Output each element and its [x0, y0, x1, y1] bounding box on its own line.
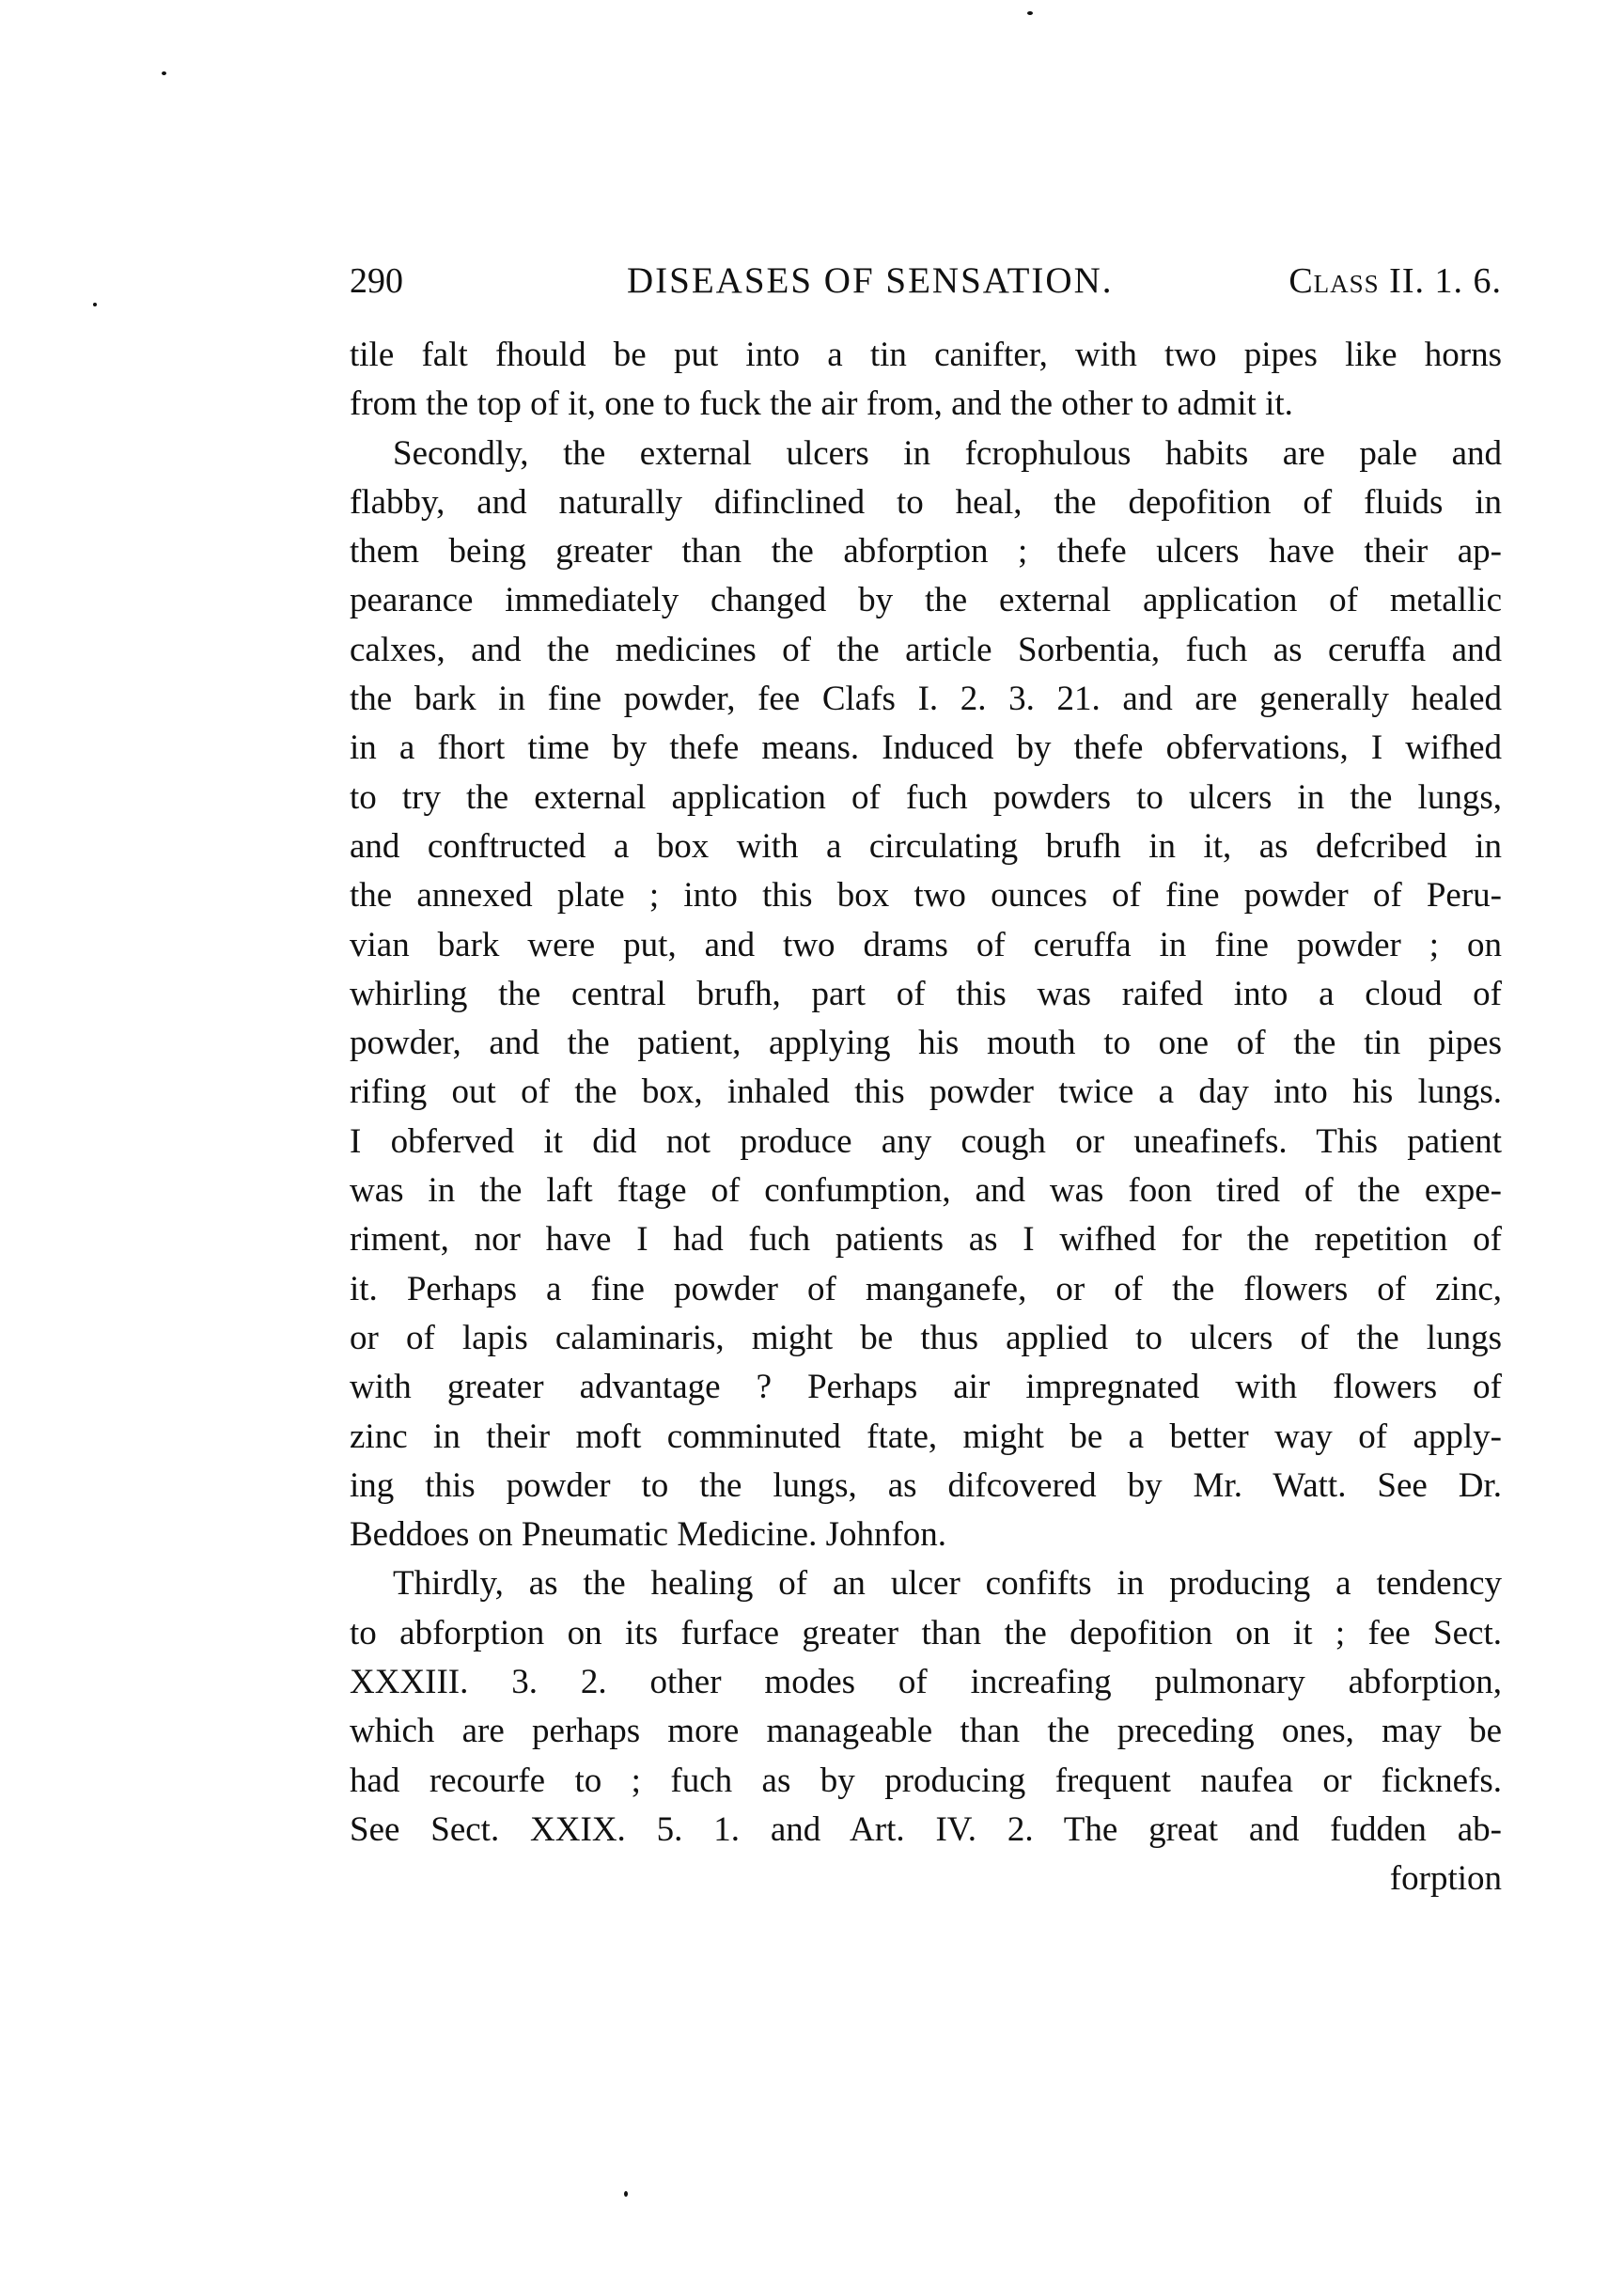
text-line: I obferved it did not produce any cough … [350, 1118, 1502, 1166]
text-line: Beddoes on Pneumatic Medicine. Johnfon. [350, 1511, 1502, 1559]
scan-speck [93, 303, 97, 306]
text-line: whirling the central brufh, part of this… [350, 970, 1502, 1019]
running-title: DISEASES OF SENSATION. [627, 258, 1113, 305]
text-line: calxes, and the medicines of the article… [350, 626, 1502, 675]
scan-speck [624, 2191, 628, 2197]
section-reference: Class II. 1. 6. [1288, 258, 1502, 305]
text-line: rifing out of the box, inhaled this powd… [350, 1068, 1502, 1117]
page-number: 290 [350, 258, 403, 305]
text-line: them being greater than the abforption ;… [350, 527, 1502, 576]
text-line: in a fhort time by thefe means. Induced … [350, 724, 1502, 773]
text-line: which are perhaps more manageable than t… [350, 1707, 1502, 1756]
text-line: XXXIII. 3. 2. other modes of increafing … [350, 1658, 1502, 1707]
body-text: tile falt fhould be put into a tin canif… [350, 331, 1502, 1904]
text-line: the annexed plate ; into this box two ou… [350, 871, 1502, 920]
text-line: had recourfe to ; fuch as by producing f… [350, 1757, 1502, 1806]
scan-speck [1027, 11, 1033, 15]
text-line: vian bark were put, and two drams of cer… [350, 921, 1502, 970]
text-line: riment, nor have I had fuch patients as … [350, 1215, 1502, 1264]
text-line: powder, and the patient, applying his mo… [350, 1019, 1502, 1068]
text-line: and conftructed a box with a circulating… [350, 822, 1502, 871]
text-line: zinc in their moft comminuted ftate, mig… [350, 1413, 1502, 1462]
text-line: was in the laft ftage of confumption, an… [350, 1166, 1502, 1215]
scanned-book-page: 290 DISEASES OF SENSATION. Class II. 1. … [0, 0, 1624, 2286]
text-line: tile falt fhould be put into a tin canif… [350, 331, 1502, 380]
text-line: pearance immediately changed by the exte… [350, 576, 1502, 625]
text-line: to try the external application of fuch … [350, 774, 1502, 822]
text-line: the bark in fine powder, fee Clafs I. 2.… [350, 675, 1502, 724]
text-line: See Sect. XXIX. 5. 1. and Art. IV. 2. Th… [350, 1806, 1502, 1855]
running-head: 290 DISEASES OF SENSATION. Class II. 1. … [350, 258, 1502, 305]
paragraph-start-line: Secondly, the external ulcers in fcrophu… [350, 430, 1502, 478]
text-line: it. Perhaps a fine powder of manganefe, … [350, 1265, 1502, 1314]
paragraph-start-line: Thirdly, as the healing of an ulcer conf… [350, 1559, 1502, 1608]
text-line: with greater advantage ? Perhaps air imp… [350, 1363, 1502, 1412]
catchword: forption [350, 1855, 1502, 1903]
text-line: to abforption on its furface greater tha… [350, 1609, 1502, 1658]
text-line: ing this powder to the lungs, as difcove… [350, 1462, 1502, 1511]
text-line: from the top of it, one to fuck the air … [350, 380, 1502, 429]
scan-speck [162, 71, 166, 75]
text-line: or of lapis calaminaris, might be thus a… [350, 1314, 1502, 1363]
text-line: flabby, and naturally difinclined to hea… [350, 478, 1502, 527]
